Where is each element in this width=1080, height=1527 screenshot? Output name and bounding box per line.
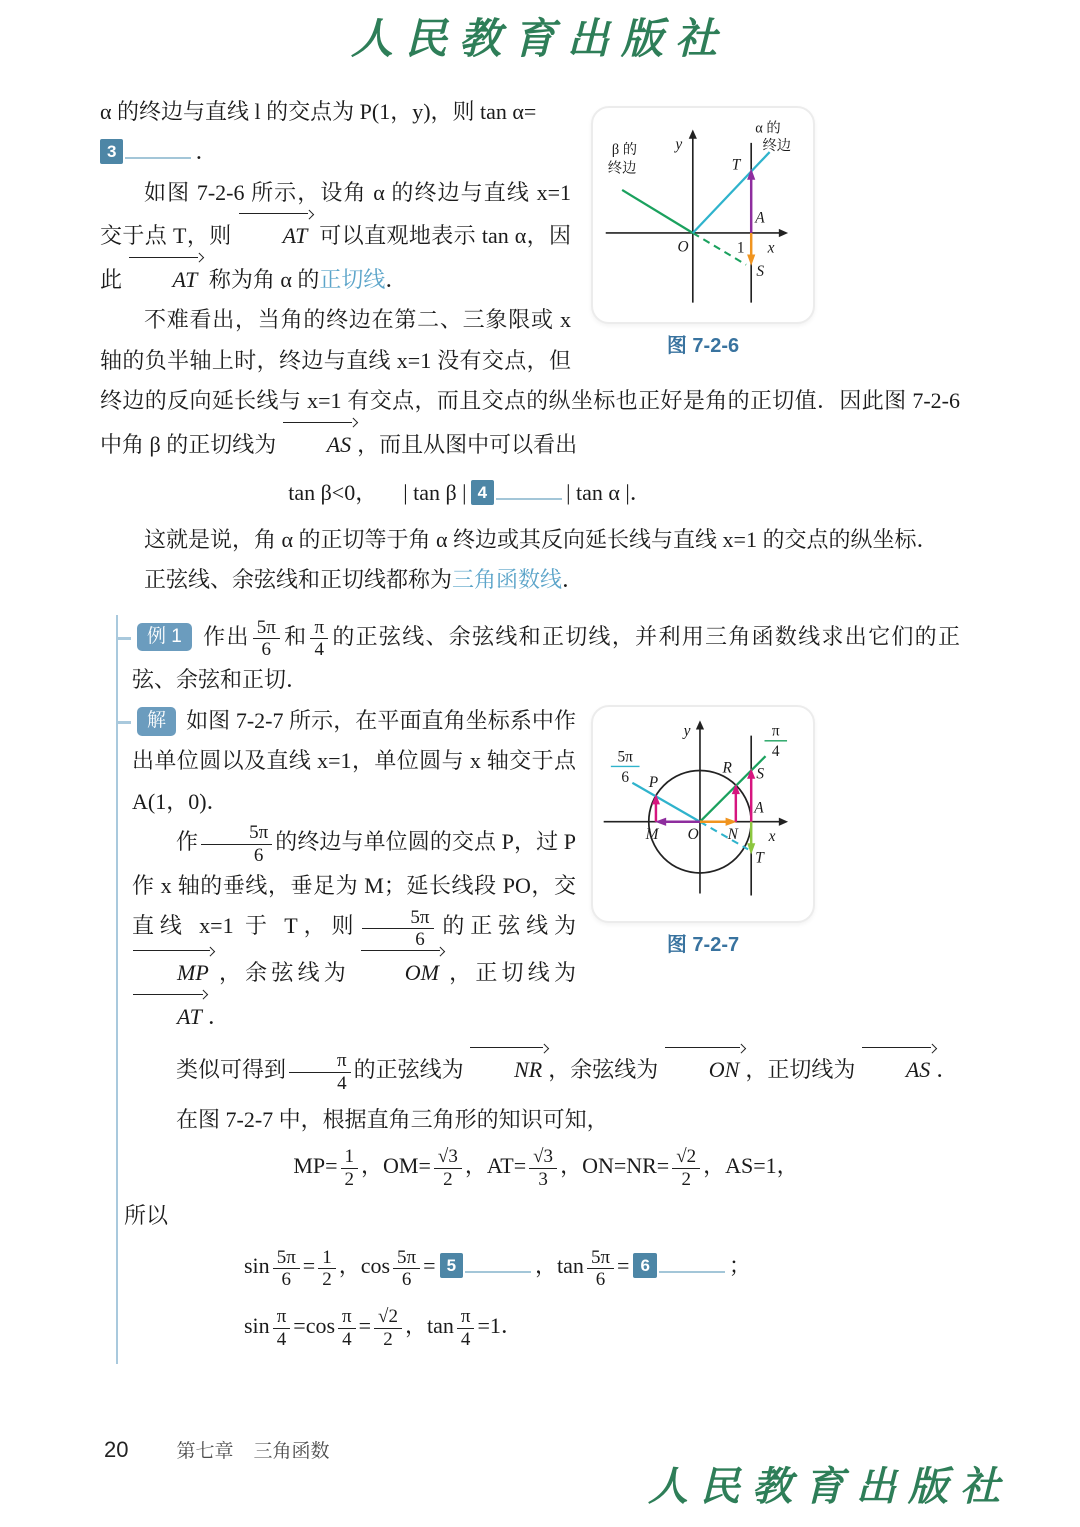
badge-connector-icon-2 bbox=[116, 721, 131, 724]
f3-eq3: = bbox=[617, 1253, 629, 1278]
publisher-logo-top: 人民教育出版社 bbox=[0, 6, 1080, 66]
fraction-5pi-6-c: 5π6 bbox=[362, 907, 433, 951]
fig2-point-A-label: A bbox=[753, 799, 764, 816]
f2-OM: ，OM= bbox=[361, 1153, 431, 1178]
fig1-x-arrowhead bbox=[779, 229, 788, 237]
footer-chapter: 第七章三角函数 bbox=[176, 1436, 329, 1463]
formula-tan-beta: tan β<0，| tan β |4| tan α |． bbox=[100, 473, 960, 513]
fraction-5pi-6-d: 5π6 bbox=[273, 1247, 300, 1291]
fig2-point-P-label: P bbox=[648, 774, 658, 791]
f2-AS: ，AS=1， bbox=[703, 1153, 799, 1178]
solution-paragraph-1: 解如图 7-2-7 所示，在平面直角坐标系中作出单位圆以及直线 x=1，单位圆与… bbox=[132, 701, 960, 822]
f1-tan-beta-lt0: tan β<0， bbox=[288, 480, 377, 505]
main-content: y x O T A 1 S α 的 终边 β 的 终边 图 7-2-6 α 的终… bbox=[100, 92, 960, 1364]
figure-7-2-7-caption: 图 7-2-7 bbox=[591, 935, 815, 955]
fig2-x-arrowhead bbox=[779, 817, 788, 825]
fraction-sqrt3-2: √32 bbox=[434, 1146, 462, 1190]
fig1-svg: y x O T A 1 S α 的 终边 β 的 终边 bbox=[593, 108, 809, 318]
f4-eq: = bbox=[359, 1313, 371, 1338]
fig1-x-label: x bbox=[767, 239, 775, 256]
f2-ON-NR: ，ON=NR= bbox=[560, 1153, 669, 1178]
solution-paragraph-4: 在图 7-2-7 中，根据直角三角形的知识可知， bbox=[132, 1100, 960, 1140]
fig1-tick-1-label: 1 bbox=[737, 239, 745, 256]
fig2-angle-5pi6-denominator: 6 bbox=[621, 769, 629, 786]
f4-tan: ，tan bbox=[405, 1313, 454, 1338]
sol3-text-c: ，余弦线为 bbox=[548, 1057, 664, 1082]
f3-eq1: = bbox=[303, 1253, 315, 1278]
fig2-y-arrowhead bbox=[696, 720, 704, 729]
footer: 20 第七章三角函数 bbox=[104, 1436, 330, 1463]
f3-tan: tan bbox=[557, 1253, 584, 1278]
solution-paragraph-3: 类似可得到π4的正弦线为 NR，余弦线为 ON，正切线为 AS． bbox=[132, 1047, 960, 1094]
paragraph-1: α 的终边与直线 l 的交点为 P(1，y)，则 tan α= bbox=[100, 92, 960, 132]
fig2-angle-5pi6-numerator: 5π bbox=[617, 748, 633, 765]
fig1-y-label: y bbox=[673, 136, 682, 153]
fraction-5pi-6-b: 5π6 bbox=[201, 822, 272, 866]
fig1-alpha-terminal-label-line1: α 的 bbox=[755, 120, 780, 137]
f2-MP: MP= bbox=[293, 1153, 337, 1178]
sol3-period: ． bbox=[936, 1057, 958, 1082]
example-1-badge: 例 1 bbox=[137, 623, 192, 652]
fig1-AS-arrowhead bbox=[747, 254, 755, 265]
fig2-x-label: x bbox=[768, 828, 776, 845]
f2-AT: ，AT= bbox=[465, 1153, 526, 1178]
f4-end: =1． bbox=[477, 1313, 522, 1338]
p1-text: α 的终边与直线 l 的交点为 P(1，y)，则 tan α= bbox=[100, 99, 536, 124]
fraction-pi-4-b: π4 bbox=[289, 1050, 351, 1094]
sol2-period: ． bbox=[208, 1004, 230, 1029]
fig2-point-R-label: R bbox=[722, 759, 733, 776]
example-1-block: 例 1作出5π6和π4的正弦线、余弦线和正切线，并利用三角函数线求出它们的正弦、… bbox=[116, 615, 960, 1364]
term-tangent-line: 正切线 bbox=[319, 267, 385, 292]
f1-abs-tan-alpha: | tan α |． bbox=[566, 480, 652, 505]
sol3-text-a: 类似可得到 bbox=[176, 1057, 286, 1082]
figure-7-2-6-card: y x O T A 1 S α 的 终边 β 的 终边 bbox=[591, 106, 815, 324]
fig2-5pi6-extension-dashed bbox=[700, 822, 748, 850]
figure-7-2-6-caption: 图 7-2-6 bbox=[591, 336, 815, 356]
badge-connector-icon bbox=[116, 637, 131, 640]
f3-comma2: ， bbox=[535, 1253, 557, 1278]
formula-pi4-values: sinπ4=cosπ4=√22，tanπ4=1． bbox=[132, 1306, 960, 1350]
blank-4-line[interactable] bbox=[496, 477, 562, 500]
example-1-statement: 例 1作出5π6和π4的正弦线、余弦线和正切线，并利用三角函数线求出它们的正弦、… bbox=[132, 617, 960, 701]
fig1-point-S-label: S bbox=[756, 263, 764, 280]
figure-7-2-7-card: y x O A P M N R S T 5π 6 bbox=[591, 705, 815, 923]
footer-chapter-title: 三角函数 bbox=[254, 1441, 330, 1462]
f3-sin: sin bbox=[244, 1253, 270, 1278]
f4-sin: sin bbox=[244, 1313, 270, 1338]
vector-NR: NR bbox=[469, 1047, 548, 1090]
paragraph-suoyi: 所以 bbox=[124, 1196, 960, 1236]
blank-6-box[interactable]: 6 bbox=[633, 1253, 656, 1278]
p1-period: ． bbox=[195, 139, 217, 164]
paragraph-3: 不难看出，当角的终边在第二、三象限或 x 轴的负半轴上时，终边与直线 x=1 没… bbox=[100, 300, 960, 465]
formula-lengths: MP=12，OM=√32，AT=√33，ON=NR=√22，AS=1， bbox=[132, 1146, 960, 1190]
fraction-sqrt3-3: √33 bbox=[529, 1146, 557, 1190]
fig2-origin-label: O bbox=[688, 826, 699, 843]
fig1-origin-label: O bbox=[677, 238, 688, 255]
fraction-sqrt2-2-b: √22 bbox=[374, 1306, 402, 1350]
sol3-text-d: ，正切线为 bbox=[745, 1057, 861, 1082]
blank-3-line[interactable] bbox=[125, 137, 191, 160]
fraction-5pi-6-e: 5π6 bbox=[393, 1247, 420, 1291]
p5-text: 正弦线、余弦线和正切线都称为 bbox=[144, 567, 452, 592]
sol1-text: 如图 7-2-7 所示，在平面直角坐标系中作出单位圆以及直线 x=1，单位圆与 … bbox=[132, 708, 576, 814]
fig2-angle-pi4-denominator: 4 bbox=[772, 743, 780, 760]
fig2-point-T-label: T bbox=[755, 850, 765, 867]
term-trig-function-lines: 三角函数线 bbox=[452, 567, 562, 592]
paragraph-1-blank-line: 3． bbox=[100, 132, 960, 172]
fraction-pi-4-e: π4 bbox=[457, 1306, 475, 1350]
fig1-beta-terminal-label-line1: β 的 bbox=[612, 141, 637, 158]
paragraph-4: 这就是说，角 α 的正切等于角 α 终边或其反向延长线与直线 x=1 的交点的纵… bbox=[100, 520, 960, 560]
figure-7-2-7: y x O A P M N R S T 5π 6 bbox=[591, 705, 815, 955]
paragraph-2: 如图 7-2-6 所示，设角 α 的终边与直线 x=1 交于点 T，则 AT 可… bbox=[100, 173, 960, 300]
vector-ON: ON bbox=[664, 1047, 746, 1090]
fraction-pi-4: π4 bbox=[310, 617, 328, 661]
p2-period: ． bbox=[385, 267, 407, 292]
blank-4-box[interactable]: 4 bbox=[471, 480, 494, 505]
fig2-point-M-label: M bbox=[645, 826, 660, 843]
f3-eq2: = bbox=[423, 1253, 435, 1278]
ex-text-a: 作出 bbox=[202, 624, 250, 649]
fraction-pi-4-c: π4 bbox=[273, 1306, 291, 1350]
fig1-beta-terminal-label-line2: 终边 bbox=[608, 160, 637, 177]
fraction-pi-4-d: π4 bbox=[338, 1306, 356, 1350]
paragraph-5: 正弦线、余弦线和正切线都称为三角函数线． bbox=[100, 560, 960, 600]
solution-badge: 解 bbox=[137, 707, 176, 736]
p3-text-b: ，而且从图中可以看出 bbox=[357, 432, 577, 457]
fig1-y-arrowhead bbox=[689, 130, 697, 139]
p5-period: ． bbox=[562, 567, 584, 592]
vector-AS: AS bbox=[282, 422, 357, 465]
fig2-y-label: y bbox=[682, 722, 691, 739]
fig2-point-N-label: N bbox=[727, 826, 739, 843]
fraction-5pi-6: 5π6 bbox=[253, 617, 280, 661]
sol2-text-c: 的正弦线为 bbox=[437, 913, 576, 938]
vector-MP: MP bbox=[132, 950, 215, 993]
fig2-5pi6-terminal-line bbox=[632, 783, 700, 822]
figure-7-2-6: y x O T A 1 S α 的 终边 β 的 终边 图 7-2-6 bbox=[591, 106, 815, 356]
blank-5-box[interactable]: 5 bbox=[440, 1253, 463, 1278]
fraction-half-b: 12 bbox=[318, 1247, 336, 1291]
footer-page-number: 20 bbox=[104, 1437, 128, 1463]
f3-semicolon: ； bbox=[729, 1253, 751, 1278]
sol3-text-b: 的正弦线为 bbox=[354, 1057, 470, 1082]
textbook-page: 人民教育出版社 bbox=[0, 0, 1080, 1527]
fig2-point-S-label: S bbox=[756, 766, 764, 783]
fig1-point-T-label: T bbox=[732, 156, 742, 173]
p2-text-c: 称为角 α 的 bbox=[203, 267, 319, 292]
vector-AT-3: AT bbox=[132, 994, 208, 1037]
f4-eqcos: =cos bbox=[293, 1313, 335, 1338]
vector-AT-2: AT bbox=[128, 257, 204, 300]
footer-chapter-label: 第七章 bbox=[176, 1441, 233, 1462]
blank-3-box[interactable]: 3 bbox=[100, 139, 123, 164]
fig1-beta-terminal-line bbox=[622, 190, 693, 233]
vector-AS-2: AS bbox=[861, 1047, 936, 1090]
fraction-sqrt2-2: √22 bbox=[672, 1146, 700, 1190]
sol2-text-d: ，余弦线为 bbox=[215, 960, 360, 985]
vector-OM: OM bbox=[360, 950, 445, 993]
fig2-angle-pi4-numerator: π bbox=[772, 722, 780, 739]
formula-5pi6-values: sin5π6=12，cos5π6=5，tan5π6=6； bbox=[132, 1246, 960, 1290]
blank-5-line[interactable] bbox=[465, 1251, 531, 1274]
fraction-half: 12 bbox=[341, 1146, 359, 1190]
solution-paragraph-2: 作5π6的终边与单位圆的交点 P，过 P 作 x 轴的垂线，垂足为 M；延长线段… bbox=[132, 822, 960, 1037]
fig1-point-A-label: A bbox=[754, 210, 765, 227]
ex-text-b: 和 bbox=[283, 624, 308, 649]
vector-AT: AT bbox=[238, 213, 314, 256]
fig1-alpha-terminal-label-line2: 终边 bbox=[762, 137, 791, 154]
f3-comma1: ， bbox=[339, 1253, 361, 1278]
f3-cos: cos bbox=[361, 1253, 390, 1278]
f1-abs-tan-beta: | tan β | bbox=[403, 480, 466, 505]
sol2-text-e: ，正切线为 bbox=[445, 960, 576, 985]
sol2-text-a: 作 bbox=[176, 829, 198, 854]
publisher-logo-bottom: 人民教育出版社 bbox=[648, 1455, 1012, 1512]
fig2-svg: y x O A P M N R S T 5π 6 bbox=[593, 707, 809, 917]
blank-6-line[interactable] bbox=[659, 1251, 725, 1274]
fraction-5pi-6-f: 5π6 bbox=[587, 1247, 614, 1291]
